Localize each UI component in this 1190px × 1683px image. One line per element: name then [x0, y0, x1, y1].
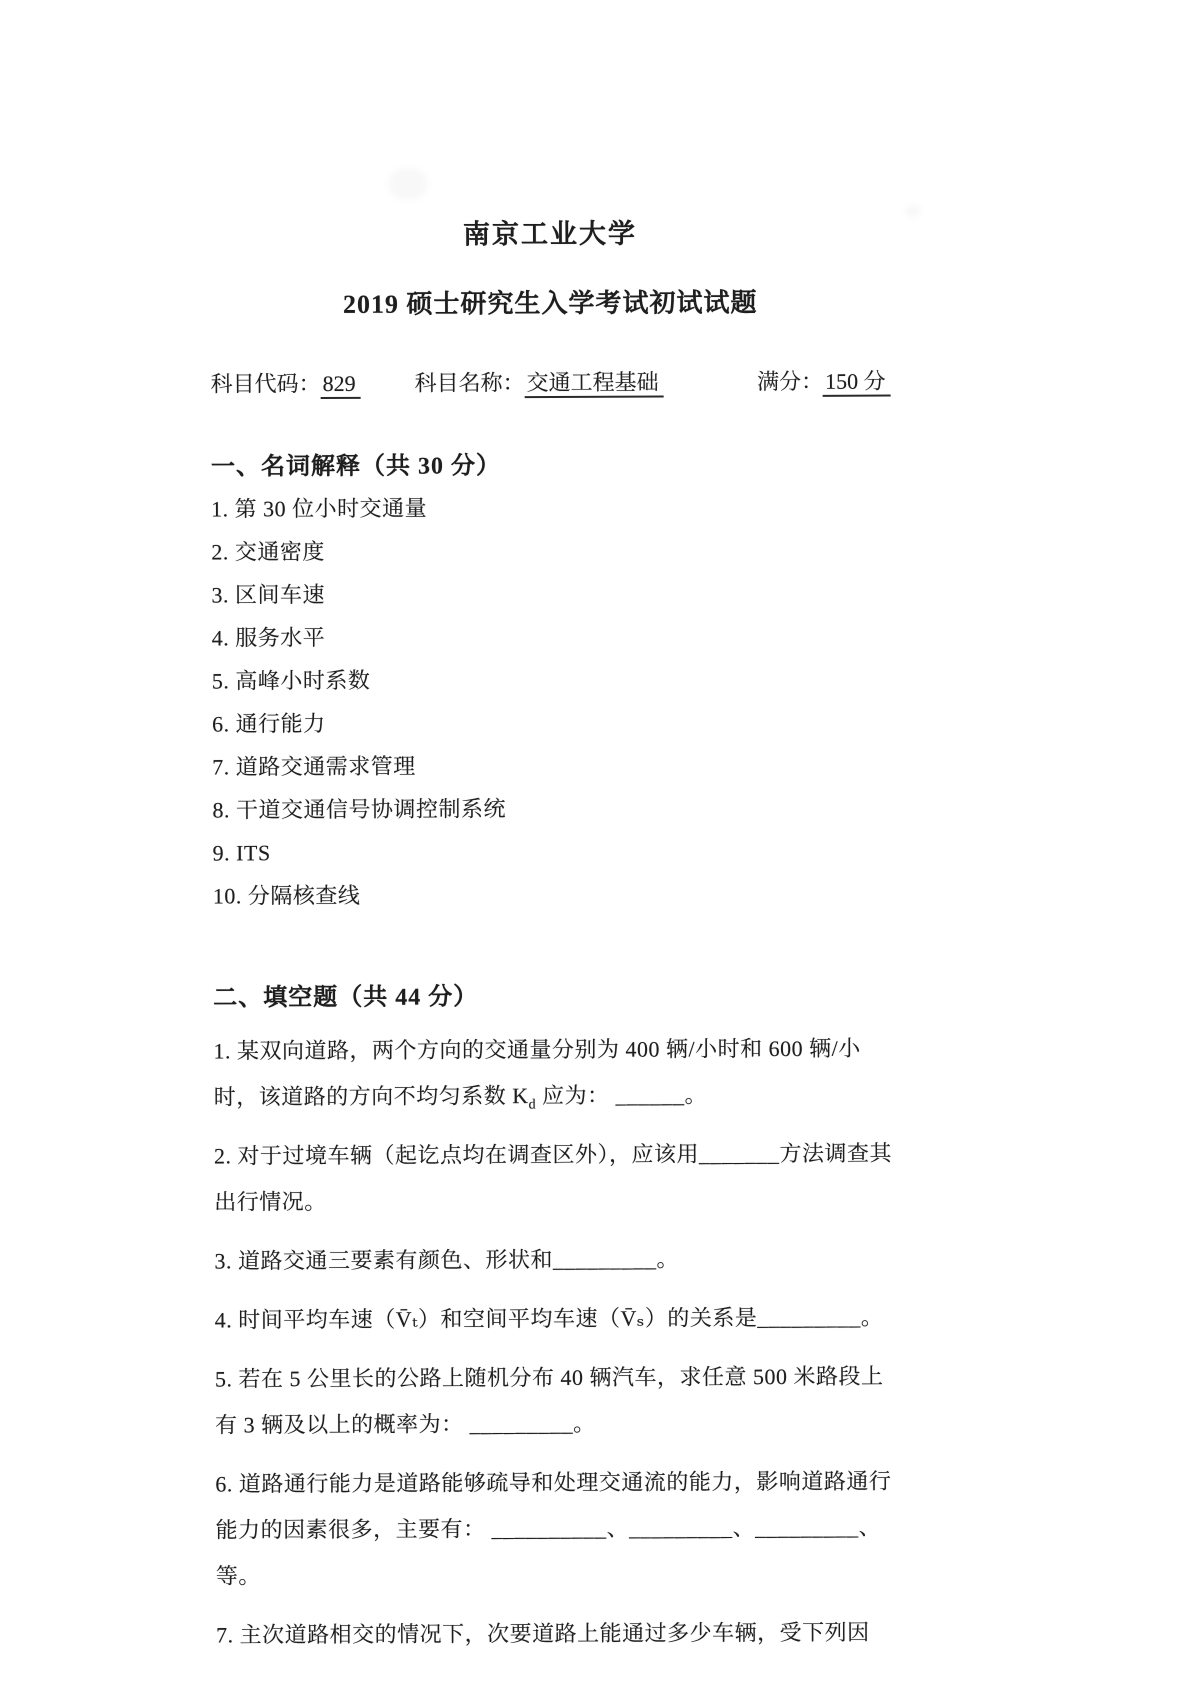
subject-code: 科目代码：829 [211, 367, 361, 399]
full-score: 满分：150 分 [757, 365, 891, 397]
term-item-6: 6. 通行能力 [212, 700, 892, 746]
full-score-label: 满分： [757, 369, 823, 394]
subject-name-value: 交通工程基础 [525, 370, 664, 399]
subject-code-value: 829 [321, 371, 361, 399]
term-item-5: 5. 高峰小时系数 [212, 657, 892, 703]
scan-smudge [388, 168, 428, 200]
university-title: 南京工业大学 [210, 211, 890, 253]
fill-blank-question-5: 5. 若在 5 公里长的公路上随机分布 40 辆汽车，求任意 500 米路段上有… [215, 1354, 895, 1449]
page-content: 南京工业大学 2019 硕士研究生入学考试初试试题 科目代码：829 科目名称：… [210, 211, 896, 1659]
term-item-9: 9. ITS [213, 829, 893, 875]
scan-smudge [905, 205, 921, 217]
fill-blank-question-4: 4. 时间平均车速（V̄ₜ）和空间平均车速（V̄ₛ）的关系是_________。 [215, 1295, 895, 1344]
full-score-value: 150 分 [823, 369, 891, 397]
term-item-8: 8. 干道交通信号协调控制系统 [212, 786, 892, 832]
fill-blank-question-6: 6. 道路通行能力是道路能够疏导和处理交通流的能力，影响道路通行能力的因素很多，… [215, 1459, 896, 1600]
subject-meta-row: 科目代码：829 科目名称：交通工程基础 满分：150 分 [211, 365, 891, 399]
subject-code-label: 科目代码： [211, 371, 321, 396]
section2-heading: 二、填空题（共 44 分） [213, 975, 893, 1013]
term-item-4: 4. 服务水平 [212, 614, 892, 660]
fill-blank-question-3: 3. 道路交通三要素有颜色、形状和_________。 [214, 1236, 894, 1285]
term-item-7: 7. 道路交通需求管理 [212, 743, 892, 789]
term-item-3: 3. 区间车速 [211, 571, 891, 617]
exam-title: 2019 硕士研究生入学考试初试试题 [210, 282, 890, 322]
term-item-2: 2. 交通密度 [211, 528, 891, 574]
fill-blank-question-7: 7. 主次道路相交的情况下，次要道路上能通过多少车辆，受下列因 [216, 1610, 896, 1659]
term-item-1: 1. 第 30 位小时交通量 [211, 485, 891, 531]
exam-paper-page: 南京工业大学 2019 硕士研究生入学考试初试试题 科目代码：829 科目名称：… [0, 0, 1190, 1683]
fill-blank-question-1: 1. 某双向道路，两个方向的交通量分别为 400 辆/小时和 600 辆/小时，… [213, 1026, 893, 1121]
section1-heading: 一、名词解释（共 30 分） [211, 444, 891, 482]
term-item-10: 10. 分隔核查线 [213, 872, 893, 918]
subject-name: 科目名称：交通工程基础 [415, 366, 664, 398]
q1-tail: 应为： ______。 [536, 1082, 707, 1108]
fill-blank-question-2: 2. 对于过境车辆（起讫点均在调查区外），应该用_______方法调查其出行情况… [214, 1131, 894, 1226]
subject-name-label: 科目名称： [415, 370, 525, 395]
term-list: 1. 第 30 位小时交通量 2. 交通密度 3. 区间车速 4. 服务水平 5… [211, 485, 893, 918]
